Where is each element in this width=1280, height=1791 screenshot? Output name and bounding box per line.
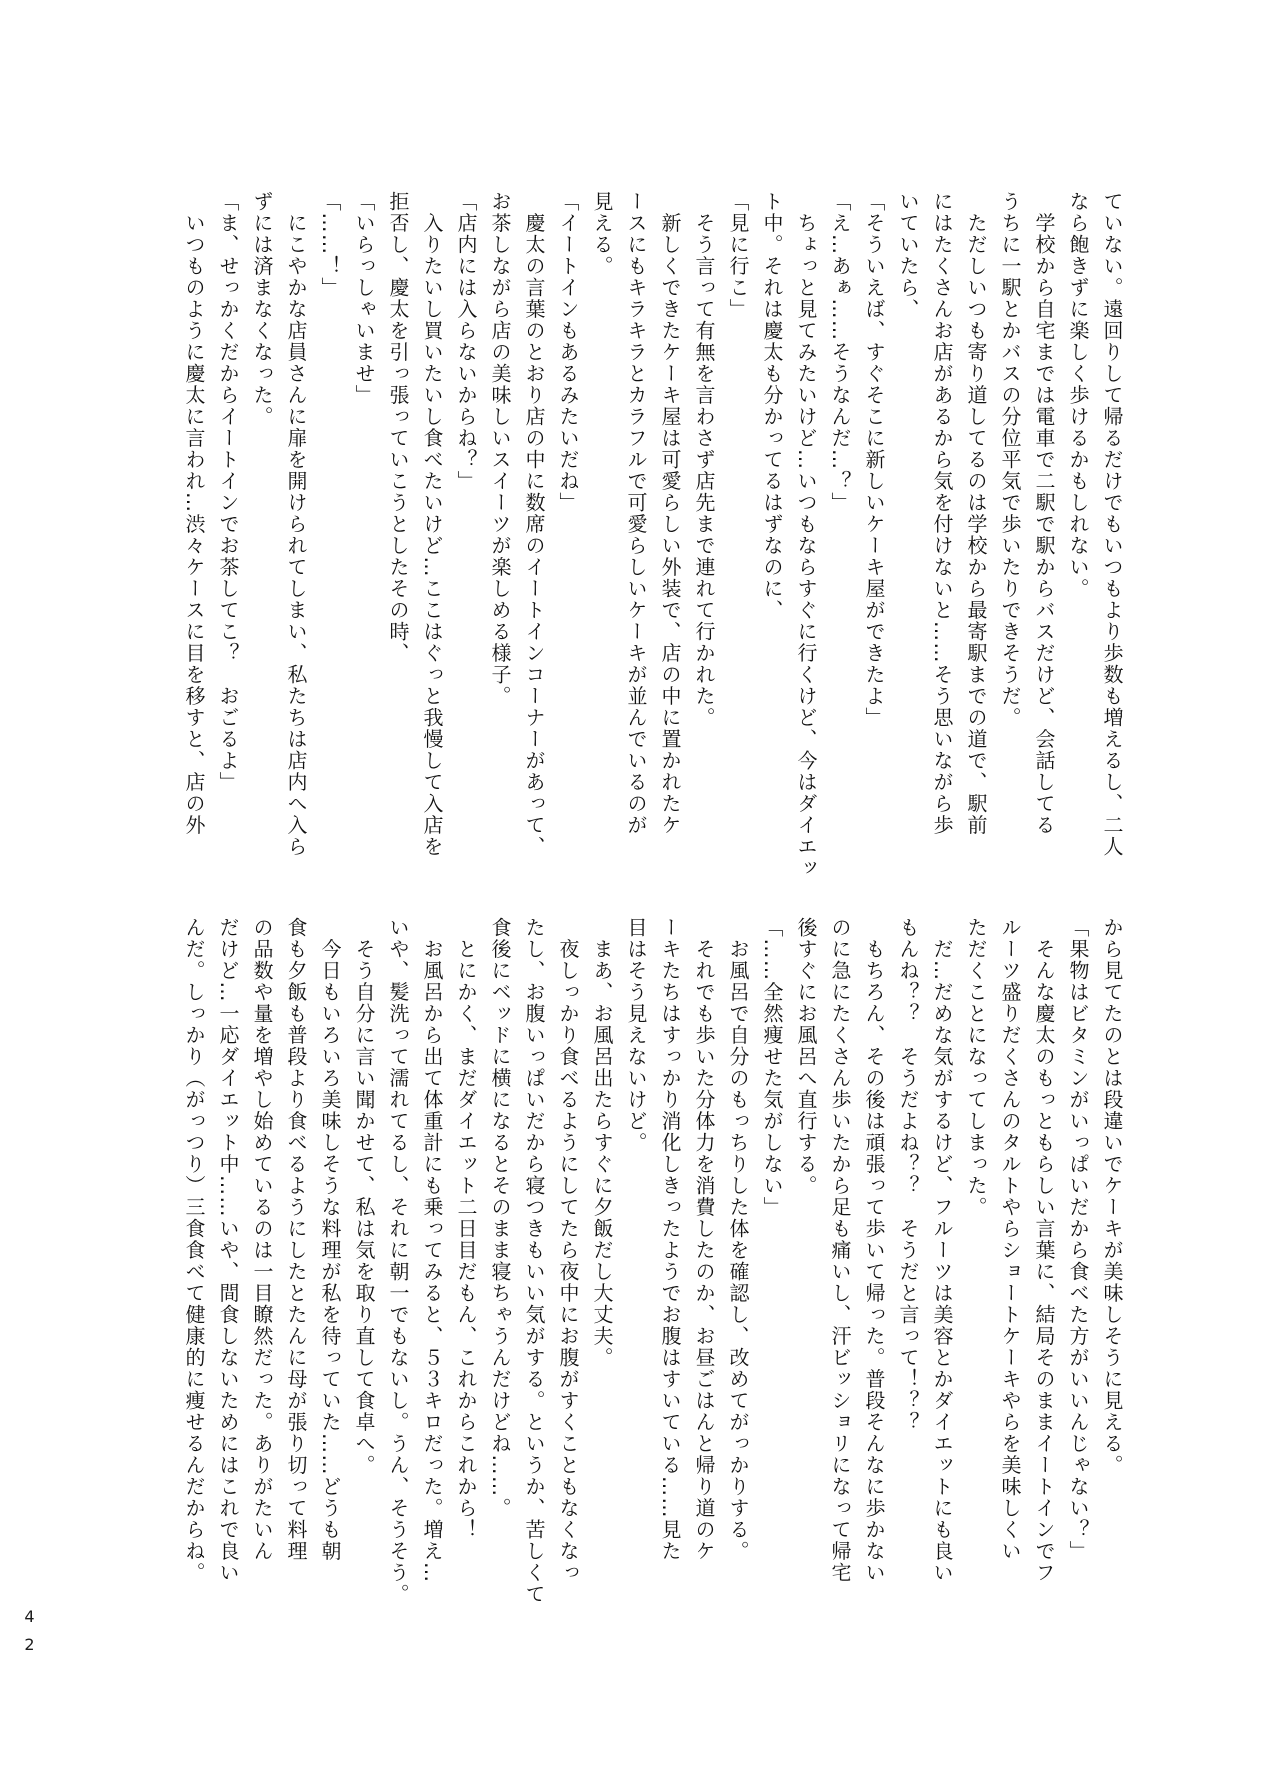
text-line: ルーツ盛りだくさんのタルトやらショートケーキやらを美味しくい [993, 917, 1027, 1611]
text-line: 見える。 [585, 191, 619, 885]
text-line: 食も夕飯も普段より食べるようにしたとたんに母が張り切って料理 [279, 917, 313, 1611]
text-line: ーキたちはすっかり消化しきったようでお腹はすいている……見た [653, 917, 687, 1611]
text-line: ト中。それは慶太も分かってるはずなのに、 [755, 191, 789, 885]
text-line: 「……全然痩せた気がしない」 [755, 917, 789, 1611]
text-line: にはたくさんお店があるから気を付けないと……そう思いながら歩 [925, 191, 959, 885]
top-text-block: ていない。遠回りして帰るだけでもいつもより歩数も増えるし、二人 なら飽きずに楽し… [177, 191, 1129, 885]
text-line: 今日もいろいろ美味しそうな料理が私を待っていた……どうも朝 [313, 917, 347, 1611]
text-line: 「ま、せっかくだからイートインでお茶してこ？ おごるよ」 [211, 191, 245, 885]
text-line: 慶太の言葉のとおり店の中に数席のイートインコーナーがあって、 [517, 191, 551, 885]
text-line: にこやかな店員さんに扉を開けられてしまい、私たちは店内へ入ら [279, 191, 313, 885]
text-line: 食後にベッドに横になるとそのまま寝ちゃうんだけどね……。 [483, 917, 517, 1611]
text-line: 目はそう見えないけど。 [619, 917, 653, 1611]
text-line: たし、お腹いっぱいだから寝つきもいい気がする。というか、苦しくて [517, 917, 551, 1611]
page-number: 42 [21, 1607, 37, 1663]
text-line: いていたら、 [891, 191, 925, 885]
text-line: 「イートインもあるみたいだね」 [551, 191, 585, 885]
text-line: んだ。しっかり（がっつり）三食食べて健康的に痩せるんだからね。 [177, 917, 211, 1611]
text-line: 「そういえば、すぐそこに新しいケーキ屋ができたよ」 [857, 191, 891, 885]
text-line: ースにもキラキラとカラフルで可愛らしいケーキが並んでいるのが [619, 191, 653, 885]
text-line: ただくことになってしまった。 [959, 917, 993, 1611]
text-line: だけど…一応ダイエット中……いや、間食しないためにはこれで良い [211, 917, 245, 1611]
text-line: の品数や量を増やし始めているのは一目瞭然だった。ありがたいん [245, 917, 279, 1611]
text-line: から見てたのとは段違いでケーキが美味しそうに見える。 [1095, 917, 1129, 1611]
text-line: お風呂から出て体重計にも乗ってみると、５３キロだった。増え… [415, 917, 449, 1611]
text-line: お茶しながら店の美味しいスイーツが楽しめる様子。 [483, 191, 517, 885]
text-line: うちに一駅とかバスの分位平気で歩いたりできそうだ。 [993, 191, 1027, 885]
text-line: 後すぐにお風呂へ直行する。 [789, 917, 823, 1611]
text-line: 夜しっかり食べるようにしてたら夜中にお腹がすくこともなくなっ [551, 917, 585, 1611]
text-line: もんね？？ そうだよね？？ そうだと言って！？？ [891, 917, 925, 1611]
text-line: 「え…あぁ……そうなんだ…？」 [823, 191, 857, 885]
text-line: いや、髪洗って濡れてるし、それに朝一でもないし。うん、そうそう。 [381, 917, 415, 1611]
text-line: それでも歩いた分体力を消費したのか、お昼ごはんと帰り道のケ [687, 917, 721, 1611]
text-line: なら飽きずに楽しく歩けるかもしれない。 [1061, 191, 1095, 885]
text-line: いつものように慶太に言われ…渋々ケースに目を移すと、店の外 [177, 191, 211, 885]
text-line: だ…だめな気がするけど、フルーツは美容とかダイエットにも良い [925, 917, 959, 1611]
text-line: のに急にたくさん歩いたから足も痛いし、汗ビッショリになって帰宅 [823, 917, 857, 1611]
text-line: 入りたいし買いたいし食べたいけど…ここはぐっと我慢して入店を [415, 191, 449, 885]
text-line: 「見に行こ」 [721, 191, 755, 885]
text-line: ていない。遠回りして帰るだけでもいつもより歩数も増えるし、二人 [1095, 191, 1129, 885]
text-line: そんな慶太のもっともらしい言葉に、結局そのままイートインでフ [1027, 917, 1061, 1611]
text-line: 拒否し、慶太を引っ張っていこうとしたその時、 [381, 191, 415, 885]
text-line: まあ、お風呂出たらすぐに夕飯だし大丈夫。 [585, 917, 619, 1611]
text-line: もちろん、その後は頑張って歩いて帰った。普段そんなに歩かない [857, 917, 891, 1611]
text-line: そう言って有無を言わさず店先まで連れて行かれた。 [687, 191, 721, 885]
bottom-text-block: から見てたのとは段違いでケーキが美味しそうに見える。 「果物はビタミンがいっぱい… [177, 917, 1129, 1611]
text-line: お風呂で自分のもっちりした体を確認し、改めてがっかりする。 [721, 917, 755, 1611]
text-line: とにかく、まだダイエット二日目だもん、これからこれから！ [449, 917, 483, 1611]
text-line: 「……！」 [313, 191, 347, 885]
text-line: そう自分に言い聞かせて、私は気を取り直して食卓へ。 [347, 917, 381, 1611]
text-line: 「店内には入らないからね？」 [449, 191, 483, 885]
text-line: ただしいつも寄り道してるのは学校から最寄駅までの道で、駅前 [959, 191, 993, 885]
text-line: ちょっと見てみたいけど…いつもならすぐに行くけど、今はダイエッ [789, 191, 823, 885]
text-line: 学校から自宅までは電車で二駅で駅からバスだけど、会話してる [1027, 191, 1061, 885]
text-line: 新しくできたケーキ屋は可愛らしい外装で、店の中に置かれたケ [653, 191, 687, 885]
novel-page: ていない。遠回りして帰るだけでもいつもより歩数も増えるし、二人 なら飽きずに楽し… [0, 0, 1280, 1791]
text-line: 「果物はビタミンがいっぱいだから食べた方がいいんじゃない？」 [1061, 917, 1095, 1611]
text-line: 「いらっしゃいませ」 [347, 191, 381, 885]
text-line: ずには済まなくなった。 [245, 191, 279, 885]
